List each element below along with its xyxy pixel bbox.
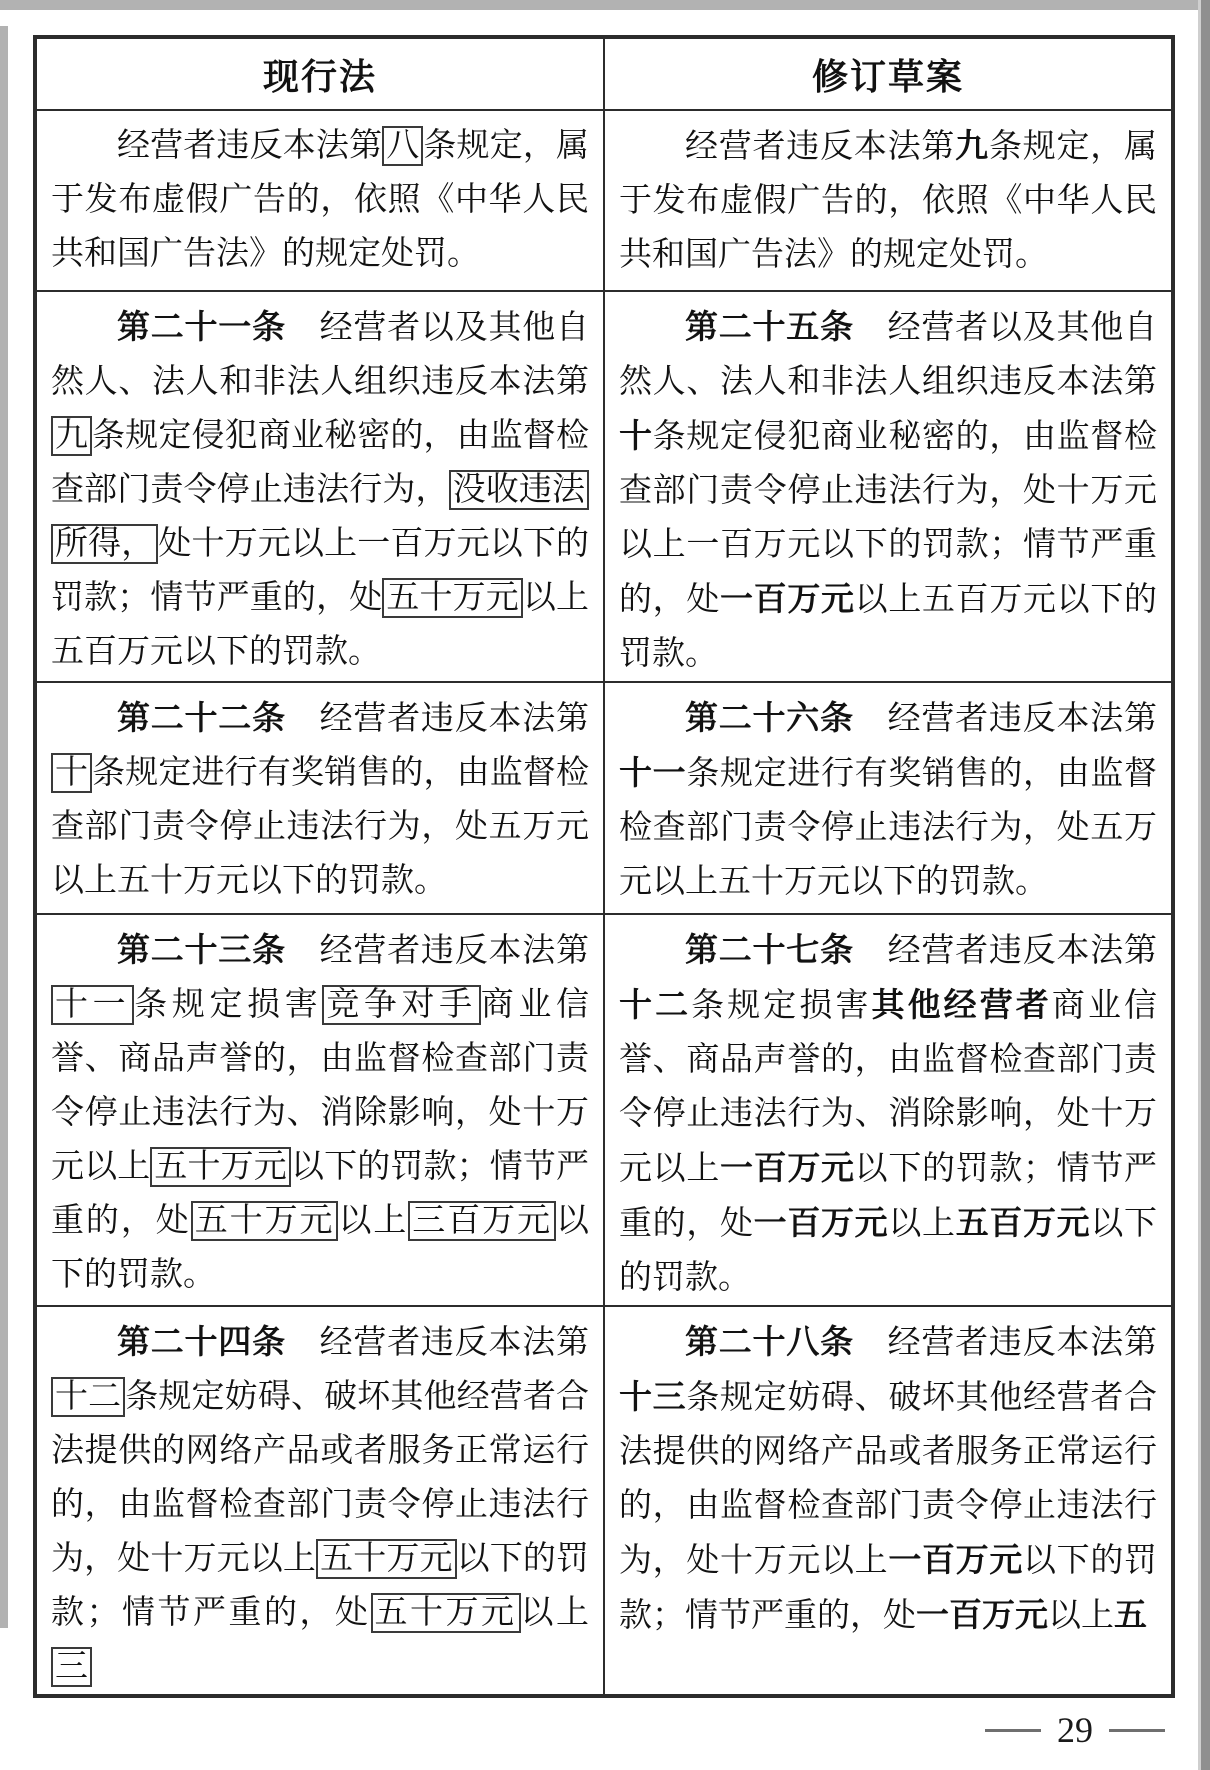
law-paragraph: 第二十七条 经营者违反本法第十二条规定损害其他经营者商业信誉、商品声誉的，由监督… bbox=[619, 923, 1157, 1305]
page-left-edge bbox=[0, 26, 8, 1628]
footer-dash-right bbox=[1109, 1729, 1165, 1732]
law-paragraph: 第二十一条 经营者以及其他自然人、法人和非法人组织违反本法第九条规定侵犯商业秘密… bbox=[51, 300, 589, 679]
law-text: 经营者违反本法第 bbox=[854, 933, 1157, 969]
added-text: 十一 bbox=[619, 754, 686, 791]
header-row: 现行法 修订草案 bbox=[35, 37, 1173, 110]
deleted-text: 五十万元 bbox=[371, 1593, 521, 1633]
deleted-text: 十二 bbox=[51, 1377, 125, 1417]
added-text: 第二十六条 bbox=[685, 699, 854, 736]
added-text: 第二十七条 bbox=[685, 931, 854, 968]
deleted-text: 十 bbox=[51, 753, 92, 793]
added-text: 五 bbox=[1114, 1596, 1147, 1633]
scrollbar[interactable] bbox=[1198, 0, 1210, 1770]
current-law-cell: 经营者违反本法第八条规定，属于发布虚假广告的，依照《中华人民共和国广告法》的规定… bbox=[35, 110, 604, 291]
law-text: 以上 bbox=[888, 1206, 955, 1242]
draft-cell: 经营者违反本法第九条规定，属于发布虚假广告的，依照《中华人民共和国广告法》的规定… bbox=[604, 110, 1173, 291]
law-text: 经营者违反本法第 bbox=[854, 1325, 1157, 1361]
added-text: 第二十八条 bbox=[685, 1323, 854, 1360]
current-law-cell: 第二十一条 经营者以及其他自然人、法人和非法人组织违反本法第九条规定侵犯商业秘密… bbox=[35, 291, 604, 682]
deleted-text: 三 bbox=[51, 1647, 92, 1687]
comparison-row: 第二十三条 经营者违反本法第十一条规定损害竞争对手商业信誉、商品声誉的，由监督检… bbox=[35, 914, 1173, 1306]
comparison-row: 第二十二条 经营者违反本法第十条规定进行有奖销售的，由监督检查部门责令停止违法行… bbox=[35, 682, 1173, 914]
page-footer: 29 bbox=[985, 1700, 1165, 1760]
deleted-text: 五十万元 bbox=[191, 1201, 339, 1241]
law-table-body: 经营者违反本法第八条规定，属于发布虚假广告的，依照《中华人民共和国广告法》的规定… bbox=[35, 110, 1173, 1696]
law-comparison-table: 现行法 修订草案 经营者违反本法第八条规定，属于发布虚假广告的，依照《中华人民共… bbox=[33, 35, 1175, 1698]
law-text: 条规定损害 bbox=[134, 987, 322, 1023]
added-text: 十 bbox=[619, 417, 653, 454]
col-header-current-law: 现行法 bbox=[35, 37, 604, 110]
deleted-text: 五十万元 bbox=[150, 1147, 291, 1187]
current-law-cell: 第二十三条 经营者违反本法第十一条规定损害竞争对手商业信誉、商品声誉的，由监督检… bbox=[35, 914, 604, 1306]
draft-cell: 第二十五条 经营者以及其他自然人、法人和非法人组织违反本法第十条规定侵犯商业秘密… bbox=[604, 291, 1173, 682]
page-top-edge bbox=[0, 0, 1210, 10]
law-text: 以上 bbox=[1048, 1598, 1114, 1634]
added-text: 一百万元 bbox=[754, 1204, 889, 1241]
added-text: 其他经营者 bbox=[872, 986, 1052, 1023]
comparison-row: 经营者违反本法第八条规定，属于发布虚假广告的，依照《中华人民共和国广告法》的规定… bbox=[35, 110, 1173, 291]
added-text: 一百万元 bbox=[916, 1596, 1048, 1633]
law-text: 经营者违反本法第 bbox=[117, 128, 382, 164]
law-text: 经营者违反本法第 bbox=[685, 129, 955, 165]
draft-cell: 第二十六条 经营者违反本法第十一条规定进行有奖销售的，由监督检查部门责令停止违法… bbox=[604, 682, 1173, 914]
law-paragraph: 第二十八条 经营者违反本法第十三条规定妨碍、破坏其他经营者合法提供的网络产品或者… bbox=[619, 1315, 1157, 1643]
added-text: 九 bbox=[955, 127, 989, 164]
current-law-cell: 第二十二条 经营者违反本法第十条规定进行有奖销售的，由监督检查部门责令停止违法行… bbox=[35, 682, 604, 914]
law-text: 经营者违反本法第 bbox=[286, 1325, 589, 1361]
added-text: 一百万元 bbox=[720, 1149, 855, 1186]
comparison-row: 第二十一条 经营者以及其他自然人、法人和非法人组织违反本法第九条规定侵犯商业秘密… bbox=[35, 291, 1173, 682]
added-text: 十三 bbox=[619, 1378, 686, 1415]
law-text: 以上 bbox=[521, 1595, 590, 1631]
law-paragraph: 第二十五条 经营者以及其他自然人、法人和非法人组织违反本法第十条规定侵犯商业秘密… bbox=[619, 300, 1157, 681]
law-text: 以上 bbox=[338, 1203, 408, 1239]
law-paragraph: 第二十四条 经营者违反本法第十二条规定妨碍、破坏其他经营者合法提供的网络产品或者… bbox=[51, 1315, 589, 1694]
deleted-text: 五十万元 bbox=[382, 578, 523, 618]
deleted-text: 竞争对手 bbox=[322, 985, 480, 1025]
added-text: 一百万元 bbox=[720, 580, 855, 617]
current-law-cell: 第二十四条 经营者违反本法第十二条规定妨碍、破坏其他经营者合法提供的网络产品或者… bbox=[35, 1306, 604, 1696]
deleted-text: 五十万元 bbox=[316, 1539, 457, 1579]
law-paragraph: 第二十二条 经营者违反本法第十条规定进行有奖销售的，由监督检查部门责令停止违法行… bbox=[51, 691, 589, 908]
law-paragraph: 第二十三条 经营者违反本法第十一条规定损害竞争对手商业信誉、商品声誉的，由监督检… bbox=[51, 923, 589, 1302]
law-text: 经营者违反本法第 bbox=[854, 701, 1157, 737]
law-paragraph: 第二十六条 经营者违反本法第十一条规定进行有奖销售的，由监督检查部门责令停止违法… bbox=[619, 691, 1157, 909]
added-text: 一百万元 bbox=[888, 1541, 1023, 1578]
added-text: 十二 bbox=[619, 986, 691, 1023]
law-text: 条规定进行有奖销售的，由监督检查部门责令停止违法行为，处五万元以上五十万元以下的… bbox=[619, 756, 1157, 900]
deleted-text: 八 bbox=[382, 126, 423, 166]
col-header-draft: 修订草案 bbox=[604, 37, 1173, 110]
added-text: 第二十五条 bbox=[685, 308, 854, 345]
added-text: 第二十三条 bbox=[117, 931, 286, 968]
law-text: 经营者违反本法第 bbox=[286, 933, 589, 969]
added-text: 第二十二条 bbox=[117, 699, 286, 736]
law-text: 条规定进行有奖销售的，由监督检查部门责令停止违法行为，处五万元以上五十万元以下的… bbox=[51, 755, 589, 899]
added-text: 第二十一条 bbox=[117, 308, 286, 345]
draft-cell: 第二十八条 经营者违反本法第十三条规定妨碍、破坏其他经营者合法提供的网络产品或者… bbox=[604, 1306, 1173, 1696]
deleted-text: 十一 bbox=[51, 985, 134, 1025]
law-paragraph: 经营者违反本法第九条规定，属于发布虚假广告的，依照《中华人民共和国广告法》的规定… bbox=[619, 119, 1157, 282]
added-text: 第二十四条 bbox=[117, 1323, 286, 1360]
added-text: 五百万元 bbox=[956, 1204, 1091, 1241]
footer-dash-left bbox=[985, 1729, 1041, 1732]
deleted-text: 九 bbox=[51, 416, 92, 456]
deleted-text: 三百万元 bbox=[408, 1201, 556, 1241]
law-paragraph: 经营者违反本法第八条规定，属于发布虚假广告的，依照《中华人民共和国广告法》的规定… bbox=[51, 119, 589, 281]
comparison-row: 第二十四条 经营者违反本法第十二条规定妨碍、破坏其他经营者合法提供的网络产品或者… bbox=[35, 1306, 1173, 1696]
law-text: 经营者违反本法第 bbox=[286, 701, 589, 737]
law-text: 条规定损害 bbox=[691, 988, 871, 1024]
page-number: 29 bbox=[1057, 1709, 1093, 1751]
draft-cell: 第二十七条 经营者违反本法第十二条规定损害其他经营者商业信誉、商品声誉的，由监督… bbox=[604, 914, 1173, 1306]
